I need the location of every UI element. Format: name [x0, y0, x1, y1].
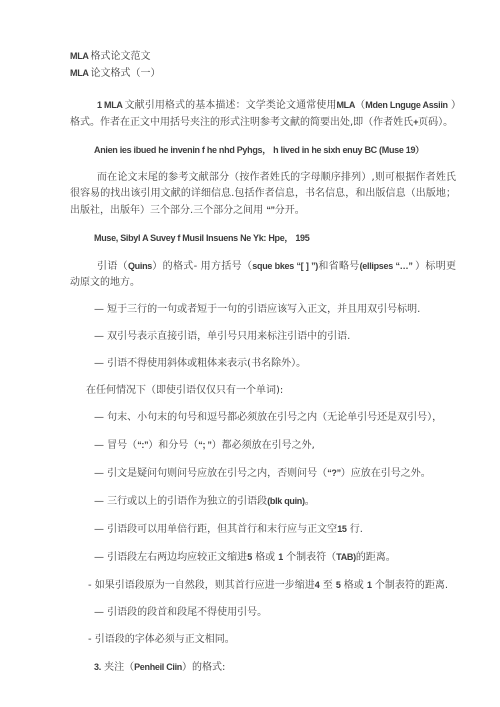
dash-same-font: - 引语段的字体必须与正文相同。 [88, 632, 456, 648]
text-run: - 引语段的字体必须与正文相同。 [88, 634, 235, 645]
latin-text-run: Muse, Sibyl A Suvey f Musil Insuens Ne Y… [94, 233, 309, 243]
text-run: — 引文是疑问句则问号应放在引号之内，否则问号（ [94, 468, 327, 479]
latin-text-run: TAB) [336, 552, 356, 562]
text-run: 行. [347, 524, 363, 535]
latin-text-run: Quins [128, 261, 152, 271]
text-run: ）的格式- 用方括号（ [152, 261, 252, 272]
text-run: 格或 [252, 552, 278, 563]
bullet-indent-five: — 引语段左右两边均应较正文缩进5 格或 1 个制表符（TAB)的距离。 [94, 549, 456, 566]
text-run: — 双引号表示直接引语，单引号只用来标注引语中的引语. [94, 331, 350, 342]
doc-title-line-2: MLA 论文格式（一） [70, 65, 456, 82]
text-run: — 引语段可以用单倍行距，但其首行和末行应与正文空 [94, 524, 337, 535]
text-run: 在任何情况下（即使引语仅仅只有一个单词): [86, 385, 283, 396]
latin-text-run: 1 MLA [97, 100, 125, 110]
paragraph-mla-basic-description: 1 MLA 文献引用格式的基本描述：文学类论文通常使用MLA（Mden Lngu… [70, 97, 456, 131]
latin-text-run: (ellipses “…” [360, 261, 415, 271]
text-run: ）应放在引号之外。 [341, 468, 431, 479]
latin-text-run: 3. [94, 662, 101, 672]
citation-example-reference: Muse, Sibyl A Suvey f Musil Insuens Ne Y… [94, 230, 456, 247]
paragraph-quotation-format: 引语（Quins）的格式- 用方括号（sque bkes “[ ] ”)和省略号… [70, 258, 456, 291]
latin-text-run: MLA [70, 51, 90, 61]
text-run: 个制表符（ [283, 552, 336, 563]
text-run: 至 [320, 580, 336, 591]
doc-title-line-1: MLA 格式论文范文 [70, 48, 456, 65]
text-run: 分开。 [275, 205, 305, 216]
text-run: 页码）。 [418, 117, 453, 128]
text-run: ）和分号（ [148, 440, 198, 451]
text-run: — 短于三行的一句或者短于一句的引语应该写入正文，并且用双引号标明. [94, 304, 420, 315]
bullet-short-quotation: — 短于三行的一句或者短于一句的引语应该写入正文，并且用双引号标明. [94, 302, 456, 318]
text-run: 。 [305, 496, 315, 507]
bullet-double-quotes: — 双引号表示直接引语，单引号只用来标注引语中的引语. [94, 329, 456, 345]
paragraph-works-cited: 而在论文末尾的参考文献部分（按作者姓氏的字母顺序排列）,则可根据作者姓氏很容易的… [70, 170, 456, 219]
document-page: MLA 格式论文范文MLA 论文格式（一）1 MLA 文献引用格式的基本描述：文… [0, 0, 500, 707]
bullet-period-comma-inside: — 句末、小句末的句号和逗号都必须放在引号之内（无论单引号还是双引号）， [94, 410, 456, 426]
bullet-question-mark: — 引文是疑问句则问号应放在引号之内，否则问号（“?”）应放在引号之外。 [94, 465, 456, 482]
text-run: ）的格式: [182, 662, 225, 673]
latin-text-run: 15 [337, 524, 346, 534]
text-run: ）都必须放在引号之外, [212, 440, 315, 451]
latin-text-run: MLA [336, 100, 355, 110]
latin-text-run: “:” [137, 440, 148, 450]
text-run: — 冒号（ [94, 440, 137, 451]
latin-text-run: “?” [327, 468, 341, 478]
text-run: 和省略号 [318, 261, 360, 272]
text-run: 的距离。 [356, 552, 396, 563]
latin-text-run: sque bkes “[ ] ”) [252, 261, 318, 271]
text-run: 而在论文末尾的参考文献部分（按作者姓氏的字母顺序排列）,则可根据作者姓氏很容易的… [70, 172, 456, 216]
text-run: — 句末、小句末的句号和逗号都必须放在引号之内（无论单引号还是双引号）， [94, 412, 442, 423]
text-run: 夹注（ [101, 662, 134, 673]
text-run: — 三行或以上的引语作为独立的引语段 [94, 496, 267, 507]
text-run: 论文格式（一） [90, 68, 160, 79]
text-run: - 如果引语段原为一自然段，则其首行应进一步缩进 [88, 580, 315, 591]
text-run: 格式论文范文 [90, 51, 150, 62]
text-run: — 引语段的段首和段尾不得使用引号。 [94, 607, 267, 618]
latin-text-run: (blk quin) [267, 496, 305, 506]
bullet-no-italic: — 引语不得使用斜体或粗体来表示(书名除外）。 [94, 356, 456, 372]
bullet-colon-semicolon-outside: — 冒号（“:”）和分号（“; ”）都必须放在引号之外, [94, 437, 456, 454]
latin-text-run: MLA [70, 68, 90, 78]
bullet-block-quotation: — 三行或以上的引语作为独立的引语段(blk quin)。 [94, 493, 456, 510]
citation-example-in-text: Anien ies ibued he invenin f he nhd Pyhg… [94, 142, 456, 159]
document-body: MLA 格式论文范文MLA 论文格式（一）1 MLA 文献引用格式的基本描述：文… [70, 48, 456, 676]
text-run: 格或 [341, 580, 367, 591]
text-run: 文献引用格式的基本描述：文学类论文通常使用 [125, 100, 337, 111]
line-any-case: 在任何情况下（即使引语仅仅只有一个单词): [86, 383, 456, 399]
text-run: （ [355, 100, 365, 111]
bullet-no-quotes-block: — 引语段的段首和段尾不得使用引号。 [94, 605, 456, 621]
dash-natural-paragraph: - 如果引语段原为一自然段，则其首行应进一步缩进4 至 5 格或 1 个制表符的… [88, 577, 456, 594]
text-run: — 引语段左右两边均应较正文缩进 [94, 552, 247, 563]
latin-text-run: “” [266, 205, 274, 215]
bullet-single-spacing: — 引语段可以用单倍行距，但其首行和末行应与正文空15 行. [94, 521, 456, 538]
text-run: 个制表符的距离. [372, 580, 448, 591]
text-run: 引语（ [97, 261, 128, 272]
text-run: — 引语不得使用斜体或粗体来表示(书名除外）。 [94, 358, 306, 369]
latin-text-run: Anien ies ibued he invenin f he nhd Pyhg… [94, 145, 424, 155]
latin-text-run: Mden Lnguge Assiin [365, 100, 447, 110]
latin-text-run: Penheil Ciin [134, 662, 182, 672]
latin-text-run: “; ” [198, 440, 211, 450]
numbered-parenthetical-citation: 3. 夹注（Penheil Ciin）的格式: [94, 659, 456, 676]
